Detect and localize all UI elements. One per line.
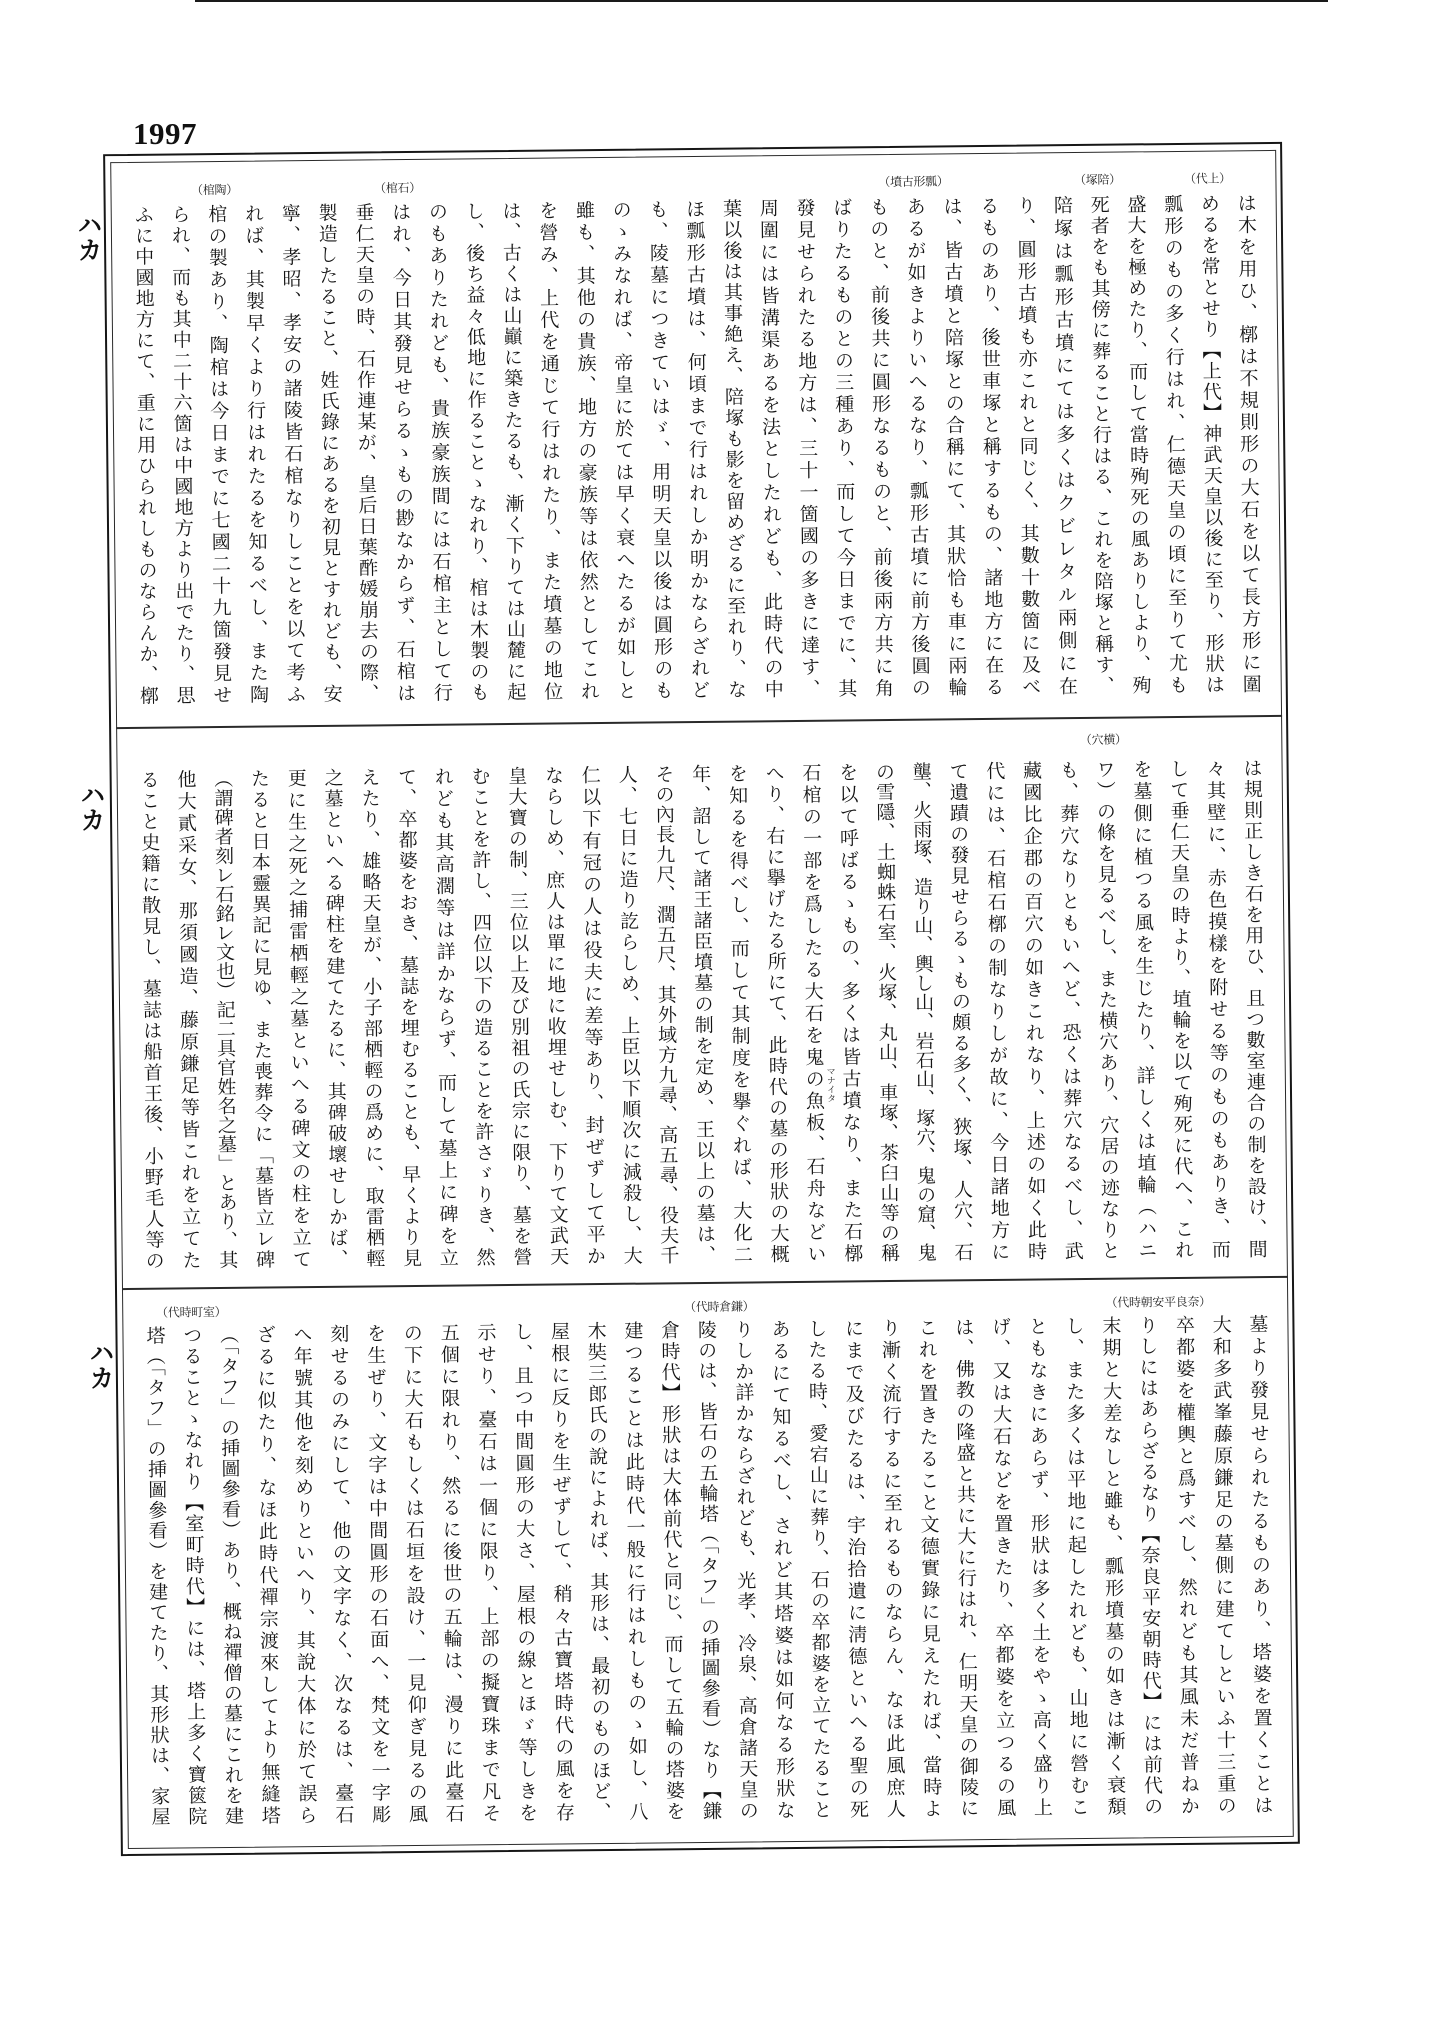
text-column: 木奘三郎氏の說によれば、其形は、最初のものほど、	[577, 1321, 619, 1821]
section-header: （墳古形瓢）	[878, 174, 948, 189]
text-column: 刻せるのみにして、他の文字なく、次なるは、臺石	[319, 1324, 361, 1824]
text-column: 陵のは、皆石の五輪塔（「タフ」の挿圖參看）なり【鎌	[687, 1320, 729, 1820]
page-frame: （代上） （塚陪） （墳古形瓢） （棺石） （棺陶） は木を用ひ、槨は不規則形の…	[0, 0, 1440, 2023]
text-column: へり、右に擧げたる所にて、此時代の墓の形狀の大概	[755, 763, 797, 1263]
text-column: あるにて知るべし、されど其塔婆は如何なる形狀な	[761, 1319, 803, 1819]
text-column: その內長九尺、濶五尺、其外域方九尋、高五尋、役夫千	[645, 764, 687, 1264]
text-column: 之墓といへる碑柱を建てたるに、其碑破壞せしかば、	[314, 768, 356, 1268]
section-header: （代時朝安平良奈）	[1105, 1295, 1210, 1310]
text-column: ワ）の條を見るべし、また横穴あり、穴居の迹なりと	[1086, 760, 1128, 1260]
text-column: 製造したること、姓氏錄にあるを初見とすれども、安	[308, 203, 350, 703]
text-column: したる時、愛宕山に葬り、石の卒都婆を立てたること	[797, 1319, 839, 1819]
text-column: 寧、孝昭、孝安の諸陵皆石棺なりしことを以て考ふ	[271, 203, 313, 703]
text-column: 大和多武峯藤原鎌足の墓側に建てしといふ十三重の	[1202, 1314, 1244, 1814]
text-column: はれ、今日其發見せらるゝもの尠なからず、石棺は	[381, 202, 423, 702]
ruby-annotation: マナイタ	[825, 1067, 835, 1103]
text-column: 石棺の一部を爲したる大石を鬼の魚板、石舟などい	[792, 763, 834, 1263]
text-column: （「タフ」の挿圖參看）あり、概ね禪僧の墓にこれを建	[209, 1325, 251, 1825]
text-column: 人、七日に造り訖らしめ、上臣以下順次に減殺し、大	[608, 765, 650, 1265]
text-column: 葉以後は其事絶え、陪塚も影を留めざるに至れり、な	[712, 198, 754, 698]
text-column: つることゝなれり【室町時代】には、塔上多く寶篋院	[172, 1325, 214, 1825]
text-column: 示せり、臺石は一個に限り、上部の擬寶珠まで凡そ	[467, 1322, 509, 1822]
text-column: 死者をも其傍に葬ること行はる、これを陪塚と稱す、	[1080, 195, 1122, 695]
text-column: し、後ち益々低地に作ることゝなれり、棺は木製のも	[455, 201, 497, 701]
section-header: （穴横）	[1080, 733, 1127, 747]
text-column: れば、其製早くより行はれたるを知るべし、また陶	[234, 203, 276, 703]
text-column: ものと、前後共に圓形なるものと、前後兩方共に角	[859, 197, 901, 697]
text-column: 藏國比企郡の百穴の如きこれなり、上述の如く此時	[1012, 760, 1054, 1260]
section-header: （棺石）	[374, 181, 421, 195]
text-column: えたり、雄略天皇が、小子部栖輕の爲めに、取雷栖輕	[350, 767, 392, 1267]
text-column: へ年號其他を刻めりといへり、其說大体に於て誤ら	[283, 1324, 325, 1824]
text-column: は規則正しき石を用ひ、且つ數室連合の制を設け、間	[1233, 758, 1275, 1258]
text-column: りしか詳かならざれども、光孝、冷泉、高倉諸天皇の	[724, 1319, 766, 1819]
text-column: れども其高濶等は詳かならず、而して墓上に碑を立	[424, 766, 466, 1266]
text-column: 仁以下有冠の人は役夫に差等あり、封ぜずして平か	[571, 765, 613, 1265]
text-column: ること史籍に散見し、墓誌は船首王後、小野毛人等の	[130, 770, 172, 1270]
text-column: むことを許し、四位以下の造ることを許さゞりき、然	[461, 766, 503, 1266]
text-column: は、古くは山巓に築きたるも、漸く下りては山麓に起	[492, 201, 534, 701]
section-header: （代上）	[1184, 171, 1231, 185]
text-column: （謂碑者刻レ石銘レ文也）記二具官姓名之墓」とあり、其	[203, 769, 245, 1269]
text-column: 卒都婆を權輿と爲すべし、然れども其風未だ普ねか	[1165, 1315, 1207, 1815]
text-column: ならしめ、庶人は單に地に收埋せしむ、下りて文武天	[534, 765, 576, 1265]
text-column: ともなきにあらず、形狀は多く土をやゝ高く盛り上	[1018, 1316, 1060, 1816]
section-header: （棺陶）	[191, 183, 238, 197]
text-column: 垂仁天皇の時、石作連某が、皇后日葉酢媛崩去の際、	[344, 202, 386, 702]
text-column: たると日本靈異記に見ゆ、また喪葬令に「墓皆立レ碑	[240, 768, 282, 1268]
text-column: も、陵墓につきていはゞ、用明天皇以後は圓形のも	[639, 199, 681, 699]
text-column: し、且つ中間圓形の大さ、屋根の線とほゞ等しきを	[503, 1322, 545, 1822]
text-column: 建つることは此時代一般に行はれしものゝ如し、八	[614, 1321, 656, 1821]
text-column: 代には、石棺石槨の制なりしが故に、今日諸地方に	[975, 761, 1017, 1261]
section-header: （代時町室）	[156, 1305, 226, 1320]
text-column: は、佛教の隆盛と共に大に行はれ、仁明天皇の御陵に	[944, 1317, 986, 1817]
text-column: あるが如きよりいへるなり、瓢形古墳に前方後圓の	[896, 197, 938, 697]
text-column: これを置きたること文德實錄に見えたれば、當時よ	[908, 1317, 950, 1817]
text-column: を生ぜり、文字は中間圓形の石面へ、梵文を一字彫	[356, 1323, 398, 1823]
text-column: は木を用ひ、槨は不規則形の大石を以て長方形に圍	[1227, 193, 1269, 693]
text-column: げ、又は大石などを置きたり、卒都婆を立つるの風	[981, 1317, 1023, 1817]
text-column: 更に生之死之捕雷栖輕之墓といへる碑文の柱を立て	[277, 768, 319, 1268]
text-column: を以て呼ばるゝもの、多くは皆古墳なり、また石槨	[828, 762, 870, 1262]
text-band-bottom: 墓より發見せられたるものあり、塔婆を置くことは 大和多武峯藤原鎌足の墓側に建てし…	[135, 1314, 1280, 1826]
text-column: 周圍には皆溝渠あるを法としたれども、此時代の中	[749, 198, 791, 698]
text-column: 雖も、其他の貴族、地方の豪族等は依然としてこれ	[565, 200, 607, 700]
text-column: 年、詔して諸王諸臣墳墓の制を定め、王以上の墓は、	[681, 764, 723, 1264]
text-column: 墓より發見せられたるものあり、塔婆を置くことは	[1239, 1314, 1281, 1814]
text-column: 末期と大差なしと雖も、瓢形墳墓の如きは漸く衰頽	[1092, 1316, 1134, 1816]
text-band-middle: は規則正しき石を用ひ、且つ數室連合の制を設け、間 々其壁に、赤色摸樣を附せる等の…	[130, 758, 1275, 1270]
text-column: 塔（「タフ」の挿圖參看）を建てたり、其形狀は、家屋	[136, 1326, 178, 1826]
text-column: を營み、上代を通じて行はれたり、また墳墓の地位	[528, 200, 570, 700]
text-column: ばりたるものとの三種あり、而して今日までに、其	[822, 197, 864, 697]
text-column: 發見せられたる地方は、三十一箇國の多きに達す、	[786, 198, 828, 698]
text-column: めるを常とせり【上代】神武天皇以後に至り、形狀は	[1190, 193, 1232, 693]
text-column: し、また多くは平地に起したれども、山地に營むこ	[1055, 1316, 1097, 1816]
text-column: 他大貳采女、那須國造、藤原鎌足等皆これを立てた	[167, 769, 209, 1269]
text-column: 五個に限れり、然るに後世の五輪は、漫りに此臺石	[430, 1322, 472, 1822]
section-header: （塚陪）	[1074, 173, 1121, 187]
text-column: 盛大を極めたり、而して當時殉死の風ありしより、殉	[1117, 194, 1159, 694]
text-column: 皇大寶の制、三位以上及び別祖の氏宗に限り、墓を營	[497, 766, 539, 1266]
text-column: のもありたれども、貴族豪族間には石棺主として行	[418, 202, 460, 702]
text-column: て、卒都婆をおき、墓誌を埋むることも、早くより見	[387, 767, 429, 1267]
text-column: 屋根に反りを生ぜずして、稍々古寶塔時代の風を存	[540, 1321, 582, 1821]
text-column: にまで及びたるは、宇治拾遺に淸德といへる聖の死	[834, 1318, 876, 1818]
text-column: て遺蹟の發見せらるゝもの頗る多く、狹塚、人穴、石	[939, 761, 981, 1261]
text-column: 棺の製あり、陶棺は今日までに七國二十九箇發見せ	[197, 204, 239, 704]
text-column: 壟、火雨塚、造り山、輿し山、岩石山、塚穴、鬼の窟、鬼	[902, 761, 944, 1261]
text-column: を墓側に植つる風を生じたり、詳しくは埴輪（ハニ	[1122, 759, 1164, 1259]
text-column: 倉時代】形狀は大体前代と同じ、而して五輪の塔婆を	[650, 1320, 692, 1820]
text-column: ふに中國地方にて、重に用ひられしものならんか、槨	[124, 205, 166, 705]
text-column: の下に大石もしくは石垣を設け、一見仰ぎ見るの風	[393, 1323, 435, 1823]
text-column: 々其壁に、赤色摸樣を附せる等のものもありき、而	[1196, 758, 1238, 1258]
section-header: （代時倉鎌）	[684, 1299, 754, 1314]
text-column: も、葬穴なりともいへど、恐くは葬穴なるべし、武	[1049, 760, 1091, 1260]
text-column: ほ瓢形古墳は、何頃まで行はれしか明かならざれど	[675, 199, 717, 699]
text-column: り、圓形古墳も亦これと同じく、其數十數箇に及べ	[1006, 195, 1048, 695]
text-column: ざるに似たり、なほ此時代禪宗渡來してより無縫塔	[246, 1324, 288, 1824]
text-column: り漸く流行するに至れるものならん、なほ此風庶人	[871, 1318, 913, 1818]
text-column: は、皆古墳と陪塚との合稱にて、其狀恰も車に兩輪	[933, 196, 975, 696]
text-column: を知るを得べし、而して其制度を擧ぐれば、大化二	[718, 763, 760, 1263]
text-band-top: は木を用ひ、槨は不規則形の大石を以て長方形に圍 めるを常とせり【上代】神武天皇以…	[124, 193, 1269, 705]
text-column: のゝみなれば、帝皇に於ては早く衰へたるが如しと	[602, 200, 644, 700]
text-column: られ、而も其中二十六箇は中國地方より出でたり、思	[161, 204, 203, 704]
text-column: りしにはあらざるなり【奈良平安朝時代】には前代の	[1128, 1315, 1170, 1815]
text-column: 瓢形のもの多く行はれ、仁德天皇の頃に至りて尤も	[1153, 194, 1195, 694]
text-column: して垂仁天皇の時より、埴輪を以て殉死に代へ、これ	[1159, 759, 1201, 1259]
text-column: るものあり、後世車塚と稱するもの、諸地方に在る	[969, 196, 1011, 696]
text-column: 陪塚は瓢形古墳にては多くはクビレタル兩側に在	[1043, 195, 1085, 695]
text-column: の雪隱、土蜘蛛石室、火塚、丸山、車塚、茶臼山等の稱	[865, 762, 907, 1262]
